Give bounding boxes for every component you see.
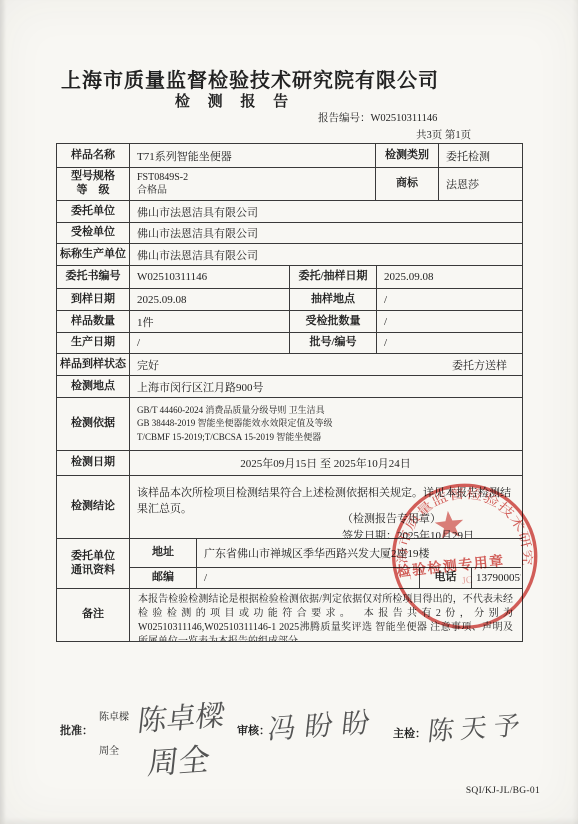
model-spec-label: 型号规格 等 级 bbox=[57, 168, 130, 200]
manufacturer-value: 佛山市法恩洁具有限公司 bbox=[130, 244, 521, 265]
order-date-label: 委托/抽样日期 bbox=[290, 266, 377, 288]
test-basis-value: GB/T 44460-2024 消费品质量分级导则 卫生洁具 GB 38448-… bbox=[130, 398, 521, 450]
sample-condition-value: 完好 委托方送样 bbox=[130, 354, 521, 375]
row-model-spec: 型号规格 等 级 FST0849S-2 合格品 商标 法恩莎 bbox=[57, 168, 522, 201]
batch-number-label: 批号/编号 bbox=[290, 333, 377, 353]
inspected-unit-label: 受检单位 bbox=[57, 223, 130, 243]
row-quantity: 样品数量 1件 受检批数量 / bbox=[57, 311, 522, 333]
row-sample-name: 样品名称 T71系列智能坐便器 检测类别 委托检测 bbox=[57, 144, 522, 168]
model-spec-label-line1: 型号规格 bbox=[71, 170, 115, 184]
arrival-date-value: 2025.09.08 bbox=[130, 289, 290, 310]
basis-line-3: T/CBMF 15-2019;T/CBCSA 15-2019 智能坐便器 bbox=[137, 431, 321, 444]
address-label: 地址 bbox=[130, 539, 197, 567]
grade: 合格品 bbox=[137, 184, 167, 198]
row-test-basis: 检测依据 GB/T 44460-2024 消费品质量分级导则 卫生洁具 GB 3… bbox=[57, 398, 522, 451]
row-arrival-date: 到样日期 2025.09.08 抽样地点 / bbox=[57, 289, 522, 311]
org-title: 上海市质量监督检验技术研究院有限公司 bbox=[28, 64, 472, 93]
order-date-value: 2025.09.08 bbox=[377, 266, 521, 288]
test-category-value: 委托检测 bbox=[439, 144, 521, 167]
delivery-mode-text: 委托方送样 bbox=[452, 357, 507, 373]
batch-quantity-value: / bbox=[377, 311, 521, 332]
client-value: 佛山市法恩洁具有限公司 bbox=[130, 201, 521, 222]
basis-line-2: GB 38448-2019 智能坐便器能效水效限定值及等级 bbox=[137, 417, 333, 430]
sample-name-value: T71系列智能坐便器 bbox=[130, 144, 376, 167]
sampling-place-value: / bbox=[377, 289, 521, 310]
report-number-line: 报告编号：W02510311146 bbox=[318, 110, 437, 125]
client-label: 委托单位 bbox=[57, 201, 130, 222]
page-info: 共3页 第1页 bbox=[416, 127, 471, 142]
doc-title: 检 测 报 告 bbox=[28, 90, 442, 111]
production-date-label: 生产日期 bbox=[57, 333, 130, 353]
row-test-date: 检测日期 2025年09月15日 至 2025年10月24日 bbox=[57, 451, 522, 476]
report-number-value: W02510311146 bbox=[371, 113, 438, 124]
trademark-value: 法恩莎 bbox=[439, 168, 521, 200]
batch-number-value: / bbox=[377, 333, 521, 353]
contact-label-line1: 委托单位 bbox=[71, 550, 115, 564]
inspected-unit-value: 佛山市法恩洁具有限公司 bbox=[130, 223, 521, 243]
inspect-signature: 陈天予 bbox=[426, 704, 529, 748]
approve-signature-1: 陈卓樑 bbox=[136, 693, 227, 740]
postcode-label: 邮编 bbox=[130, 568, 197, 588]
quantity-value: 1件 bbox=[130, 311, 290, 332]
row-order-number: 委托书编号 W02510311146 委托/抽样日期 2025.09.08 bbox=[57, 266, 522, 289]
row-sample-condition: 样品到样状态 完好 委托方送样 bbox=[57, 354, 522, 376]
trademark-label: 商标 bbox=[376, 168, 439, 200]
test-place-value: 上海市闵行区江月路900号 bbox=[130, 376, 521, 397]
sample-name-label: 样品名称 bbox=[57, 144, 130, 167]
inspection-seal-stamp: 上海市质量监督检验技术研究院有限公司 检验检测专用章 JC bbox=[378, 469, 558, 649]
row-production-date: 生产日期 / 批号/编号 / bbox=[57, 333, 522, 354]
stamp-serial: JC bbox=[461, 575, 473, 587]
test-place-label: 检测地点 bbox=[57, 376, 130, 397]
stamp-star-icon bbox=[434, 509, 465, 539]
stamp-ring bbox=[387, 478, 543, 634]
stamp-main-text: 检验检测专用章 bbox=[396, 552, 506, 580]
report-number-label: 报告编号： bbox=[318, 113, 371, 124]
quantity-label: 样品数量 bbox=[57, 311, 130, 332]
arrival-date-label: 到样日期 bbox=[57, 289, 130, 310]
sample-condition-label: 样品到样状态 bbox=[57, 354, 130, 375]
contact-label-line2: 通讯资料 bbox=[71, 564, 115, 578]
production-date-value: / bbox=[130, 333, 290, 353]
test-date-value: 2025年09月15日 至 2025年10月24日 bbox=[130, 451, 521, 475]
row-test-place: 检测地点 上海市闵行区江月路900号 bbox=[57, 376, 522, 398]
batch-quantity-label: 受检批数量 bbox=[290, 311, 377, 332]
model-spec-value: FST0849S-2 合格品 bbox=[130, 168, 376, 200]
order-number-value: W02510311146 bbox=[130, 266, 290, 288]
test-date-label: 检测日期 bbox=[57, 451, 130, 475]
conclusion-label: 检测结论 bbox=[57, 476, 130, 538]
test-basis-label: 检测依据 bbox=[57, 398, 130, 450]
basis-line-1: GB/T 44460-2024 消费品质量分级导则 卫生洁具 bbox=[137, 404, 325, 417]
row-client: 委托单位 佛山市法恩洁具有限公司 bbox=[57, 201, 522, 223]
approve-printed-name-2: 周全 bbox=[99, 742, 119, 757]
review-signature: 冯盼盼 bbox=[266, 700, 381, 748]
manufacturer-label: 标称生产单位 bbox=[57, 244, 130, 265]
sampling-place-label: 抽样地点 bbox=[290, 289, 377, 310]
document-code: SQI/KJ-JL/BG-01 bbox=[436, 786, 540, 796]
approve-signature-2: 周全 bbox=[146, 734, 213, 784]
model-number: FST0849S-2 bbox=[137, 171, 188, 185]
approve-label: 批准： bbox=[60, 722, 93, 738]
scanned-report-page: 上海市质量监督检验技术研究院有限公司 检 测 报 告 报告编号：W0251031… bbox=[0, 0, 578, 824]
test-category-label: 检测类别 bbox=[376, 144, 439, 167]
row-inspected-unit: 受检单位 佛山市法恩洁具有限公司 bbox=[57, 223, 522, 244]
inspect-label: 主检： bbox=[393, 725, 426, 741]
order-number-label: 委托书编号 bbox=[57, 266, 130, 288]
model-spec-label-line2: 等 级 bbox=[77, 184, 110, 198]
row-manufacturer: 标称生产单位 佛山市法恩洁具有限公司 bbox=[57, 244, 522, 266]
contact-info-label: 委托单位 通讯资料 bbox=[57, 539, 130, 588]
condition-text: 完好 bbox=[137, 357, 159, 373]
review-label: 审核： bbox=[237, 722, 270, 738]
approve-printed-name-1: 陈卓樑 bbox=[99, 708, 129, 723]
remark-label: 备注 bbox=[57, 589, 130, 641]
